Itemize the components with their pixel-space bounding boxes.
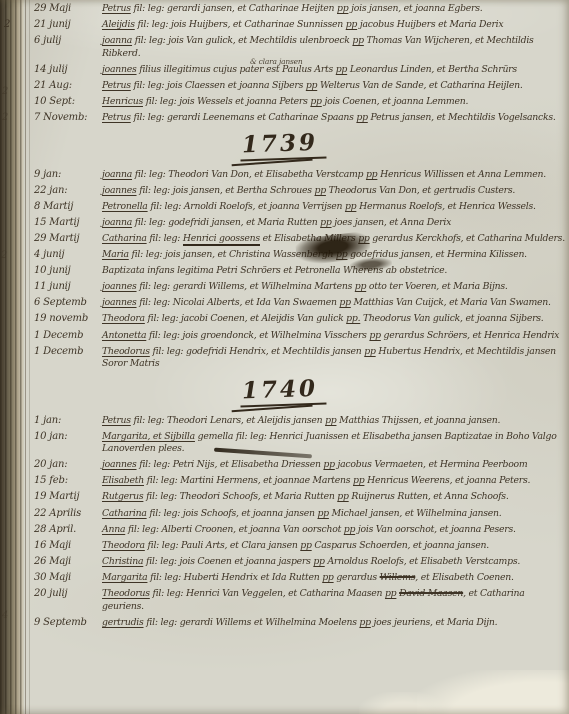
entry-text: Christina fil: leg: jois Coenen et joann… — [102, 556, 566, 569]
child-name: joanna — [102, 35, 132, 46]
entry-text: Aleijdis fil: leg: jois Huijbers, et Cat… — [102, 19, 566, 32]
register-entry: 11 junijjoannes fil: leg: gerardi Willem… — [30, 281, 566, 294]
entry-date: 22 Aprilis — [30, 508, 102, 519]
entry-date: 29 Martij — [30, 233, 102, 244]
entry-date: 22 jan: — [30, 185, 102, 196]
entry-date: 6 julij — [30, 35, 102, 46]
child-name: Theodorus — [102, 588, 150, 599]
book-binding-gutter — [0, 0, 24, 714]
child-name: joanna — [102, 217, 132, 228]
child-name: Christina — [102, 556, 143, 567]
child-name: joannes — [102, 459, 137, 470]
entry-text: joannes fil: leg: gerardi Willems, et Wi… — [102, 281, 566, 294]
entry-text: Petrus fil: leg: Theodori Lenars, et Ale… — [102, 415, 566, 428]
child-name: joannes — [102, 281, 137, 292]
entry-record-text: fil: leg: Arnoldi Roelofs, et joanna Ver… — [150, 201, 535, 212]
entry-record-text: fil: leg: godefridi jansen, et Maria Rut… — [135, 217, 451, 228]
entry-record-text: fil: leg: gerardi Willems, et Wilhelmina… — [139, 281, 507, 292]
register-entry: 8 MartijPetronella fil: leg: Arnoldi Roe… — [30, 201, 566, 214]
entry-date: 16 Maji — [30, 540, 102, 551]
entry-text: Theodora fil: leg: jacobi Coenen, et Ale… — [102, 313, 566, 326]
paper-repair-patch — [359, 692, 449, 714]
child-name: Henricus — [102, 96, 143, 107]
register-entry: 20 jan:joannes fil: leg: Petri Nijs, et … — [30, 459, 566, 472]
entry-record-text: fil: leg: Martini Hermens, et joannae Ma… — [147, 475, 530, 486]
entry-record-text: fil: leg: godefridi Hendrix, et Mechtild… — [102, 346, 556, 370]
register-entry: 1 jan:Petrus fil: leg: Theodori Lenars, … — [30, 415, 566, 428]
margin-mark: 4 — [2, 610, 8, 621]
margin-mark: 2 — [2, 86, 8, 97]
entry-date: 26 Maji — [30, 556, 102, 567]
child-name: Theodorus — [102, 346, 150, 357]
entry-date: 6 Septemb — [30, 297, 102, 308]
child-name: Aleijdis — [102, 19, 135, 30]
entry-date: 29 Maji — [30, 3, 102, 14]
entry-record-text: fil: leg: jois Claessen et joanna Sijber… — [134, 80, 523, 91]
register-entry: 26 MajiChristina fil: leg: jois Coenen e… — [30, 556, 566, 569]
register-entry: 14 julijjoannes filius illegitimus cujus… — [30, 64, 566, 77]
register-entry: 28 April.Anna fil: leg: Alberti Croonen,… — [30, 524, 566, 537]
entry-record-text: fil: leg: gerardi Leenemans et Catharina… — [134, 112, 556, 123]
manuscript-page: 29 MajiPetrus fil: leg: gerardi jansen, … — [0, 0, 569, 714]
register-entry: 10 junijBaptizata infans legitima Petri … — [30, 265, 566, 278]
margin-mark: 2 — [1, 250, 7, 261]
entry-record-text: fil: leg: Huberti Hendrix et Ida Rutten … — [150, 572, 514, 583]
year-heading-row: 1740 — [30, 376, 566, 406]
entry-date: 7 Novemb: — [30, 112, 102, 123]
margin-mark: 2 — [4, 19, 10, 30]
entry-record-text: fil: leg: Pauli Arts, et Clara jansen pp… — [148, 540, 489, 551]
child-name: Elisabeth — [102, 475, 144, 486]
entry-record-text: fil: leg: gerardi jansen, et Catharinae … — [134, 3, 483, 14]
entry-record-text: fil: leg: jacobi Coenen, et Aleijdis Van… — [148, 313, 544, 324]
entry-record-text: fil: leg: jois Wessels et joanna Peters … — [146, 96, 469, 107]
entry-text: Elisabeth fil: leg: Martini Hermens, et … — [102, 475, 566, 488]
entry-date: 20 jan: — [30, 459, 102, 470]
entry-record-text: fil: leg: jois jansen, et Bertha Schroue… — [139, 185, 515, 196]
child-name: Antonetta — [102, 330, 146, 341]
entry-record-text: fil: leg: Theodori Lenars, et Aleijdis j… — [134, 415, 501, 426]
entry-date: 19 novemb — [30, 313, 102, 324]
entry-date: 21 Aug: — [30, 80, 102, 91]
register-entry: 21 junijAleijdis fil: leg: jois Huijbers… — [30, 19, 566, 32]
entry-text: Baptizata infans legitima Petri Schröers… — [102, 265, 566, 278]
register-entry: 9 jan:joanna fil: leg: Theodori Van Don,… — [30, 169, 566, 182]
year-heading: 1739 — [240, 128, 327, 161]
register-entry: 10 Sept:Henricus fil: leg: jois Wessels … — [30, 96, 566, 109]
entry-text: joannes filius illegitimus cujus pater e… — [102, 64, 566, 77]
entry-date: 10 jan: — [30, 431, 102, 442]
entry-text: Petrus fil: leg: gerardi Leenemans et Ca… — [102, 112, 566, 125]
register-entry: 20 julijTheodorus fil: leg: Henrici Van … — [30, 588, 566, 613]
register-entry: 1 DecembAntonetta fil: leg: jois groendo… — [30, 330, 566, 343]
entry-text: Rutgerus fil: leg: Theodori Schoofs, et … — [102, 491, 566, 504]
entry-date: 20 julij — [30, 588, 102, 599]
child-name: Rutgerus — [102, 491, 143, 502]
entry-text: Antonetta fil: leg: jois groendonck, et … — [102, 330, 566, 343]
register-entry: 21 Aug:Petrus fil: leg: jois Claessen et… — [30, 80, 566, 93]
entry-date: 14 julij — [30, 64, 102, 75]
register-entry: 22 jan:joannes fil: leg: jois jansen, et… — [30, 185, 566, 198]
entry-text: joannes fil: leg: jois jansen, et Bertha… — [102, 185, 566, 198]
entry-date: 9 jan: — [30, 169, 102, 180]
register-entry: 16 MajiTheodora fil: leg: Pauli Arts, et… — [30, 540, 566, 553]
entry-date: 1 Decemb — [30, 346, 102, 357]
entry-text: Margarita, et Sijbilla gemella fil: leg:… — [102, 431, 566, 456]
entry-text: Petrus fil: leg: jois Claessen et joanna… — [102, 80, 566, 93]
entry-date: 10 Sept: — [30, 96, 102, 107]
child-name: Petrus — [102, 80, 131, 91]
child-name: Catharina — [102, 508, 147, 519]
child-name: joannes — [102, 64, 137, 75]
register-entry: 6 Septembjoannes fil: leg: Nicolai Alber… — [30, 297, 566, 310]
register-entry: 10 jan:Margarita, et Sijbilla gemella fi… — [30, 431, 566, 456]
child-name: Margarita — [102, 572, 147, 583]
entry-date: 8 Martij — [30, 201, 102, 212]
child-name: Anna — [102, 524, 125, 535]
entry-date: 15 feb: — [30, 475, 102, 486]
entry-record-text: fil: leg: Theodori Schoofs, et Maria Rut… — [146, 491, 508, 502]
child-name: Theodora — [102, 313, 145, 324]
child-name: Catharina — [102, 233, 147, 244]
entry-date: 21 junij — [30, 19, 102, 30]
entry-date: 11 junij — [30, 281, 102, 292]
entry-record-text: fil: leg: gerardi Willems et Wilhelmina … — [146, 617, 497, 628]
register-entry: 15 Martijjoanna fil: leg: godefridi jans… — [30, 217, 566, 230]
register-entry: 30 MajiMargarita fil: leg: Huberti Hendr… — [30, 572, 566, 585]
year-heading-row: 1739 — [30, 130, 566, 160]
entry-record-text: fil: leg: jois groendonck, et Wilhelmina… — [149, 330, 559, 341]
child-name: Petronella — [102, 201, 148, 212]
entry-record-text: fil: leg: Nicolai Alberts, et Ida Van Sw… — [139, 297, 550, 308]
entry-date: 30 Maji — [30, 572, 102, 583]
entry-text: Catharina fil: leg: jois Schoofs, et joa… — [102, 508, 566, 521]
child-name: Petrus — [102, 415, 131, 426]
entry-text: Theodora fil: leg: Pauli Arts, et Clara … — [102, 540, 566, 553]
register-entry: 9 Septembgertrudis fil: leg: gerardi Wil… — [30, 617, 566, 630]
entry-record-text: fil: leg: jois Van gulick, et Mechtildis… — [102, 35, 534, 59]
register-entry: 1 DecembTheodorus fil: leg: godefridi He… — [30, 346, 566, 371]
entry-text: Theodorus fil: leg: Henrici Van Veggelen… — [102, 588, 566, 613]
entry-date: 9 Septemb — [30, 617, 102, 628]
child-name: Margarita, et Sijbilla — [102, 431, 195, 442]
entry-record-text: filius illegitimus cujus pater est Paulu… — [139, 64, 517, 75]
entry-text: Margarita fil: leg: Huberti Hendrix et I… — [102, 572, 566, 585]
entry-text: Petrus fil: leg: gerardi jansen, et Cath… — [102, 3, 566, 16]
entry-date: 1 jan: — [30, 415, 102, 426]
entry-date: 10 junij — [30, 265, 102, 276]
register-entry: 19 MartijRutgerus fil: leg: Theodori Sch… — [30, 491, 566, 504]
entry-record-text: fil: leg: jois Coenen et joanna jaspers … — [146, 556, 520, 567]
entry-text: joanna fil: leg: jois Van gulick, et Mec… — [102, 35, 566, 60]
entry-date: 28 April. — [30, 524, 102, 535]
entry-date: 19 Martij — [30, 491, 102, 502]
entry-record-text: fil: leg: Petri Nijs, et Elisabetha Drie… — [139, 459, 527, 470]
child-name: Theodora — [102, 540, 145, 551]
entry-record-text: Baptizata infans legitima Petri Schröers… — [102, 265, 447, 276]
entry-text: joanna fil: leg: Theodori Van Don, et El… — [102, 169, 566, 182]
child-name: Petrus — [102, 3, 131, 14]
entry-record-text: fil: leg: jois Schoofs, et joanna jansen… — [149, 508, 501, 519]
register-entry: 19 novembTheodora fil: leg: jacobi Coene… — [30, 313, 566, 326]
register-entry: 7 Novemb:Petrus fil: leg: gerardi Leenem… — [30, 112, 566, 125]
entry-text: Theodorus fil: leg: godefridi Hendrix, e… — [102, 346, 566, 371]
entry-text: gertrudis fil: leg: gerardi Willems et W… — [102, 617, 566, 630]
register-entry: 15 feb:Elisabeth fil: leg: Martini Herme… — [30, 475, 566, 488]
entry-date: 15 Martij — [30, 217, 102, 228]
entry-text: Henricus fil: leg: jois Wessels et joann… — [102, 96, 566, 109]
register-body: 29 MajiPetrus fil: leg: gerardi jansen, … — [30, 3, 566, 633]
register-entry: 22 AprilisCatharina fil: leg: jois Schoo… — [30, 508, 566, 521]
entry-record-text: fil: leg: Henrici Van Veggelen, et Catha… — [102, 588, 525, 612]
entry-text: joanna fil: leg: godefridi jansen, et Ma… — [102, 217, 566, 230]
child-name: Maria — [102, 249, 129, 260]
entry-record-text: fil: leg: Alberti Croonen, et joanna Van… — [128, 524, 516, 535]
entry-text: joannes fil: leg: Petri Nijs, et Elisabe… — [102, 459, 566, 472]
margin-crease-line — [25, 0, 26, 714]
entry-record-text: fil: leg: Theodori Van Don, et Elisabeth… — [135, 169, 546, 180]
entry-text: Anna fil: leg: Alberti Croonen, et joann… — [102, 524, 566, 537]
register-entry: 29 MajiPetrus fil: leg: gerardi jansen, … — [30, 3, 566, 16]
entry-text: Petronella fil: leg: Arnoldi Roelofs, et… — [102, 201, 566, 214]
margin-mark: 2 — [2, 112, 8, 123]
child-name: joannes — [102, 185, 137, 196]
entry-text: joannes fil: leg: Nicolai Alberts, et Id… — [102, 297, 566, 310]
entry-date: 4 junij — [30, 249, 102, 260]
interlinear-insertion: & clara jansen — [250, 56, 303, 69]
child-name: joanna — [102, 169, 132, 180]
year-heading: 1740 — [240, 374, 327, 407]
entry-date: 1 Decemb — [30, 330, 102, 341]
entry-record-text: fil: leg: jois Huijbers, et Catharinae S… — [137, 19, 503, 30]
child-name: gertrudis — [102, 617, 144, 628]
child-name: joannes — [102, 297, 137, 308]
child-name: Petrus — [102, 112, 131, 123]
